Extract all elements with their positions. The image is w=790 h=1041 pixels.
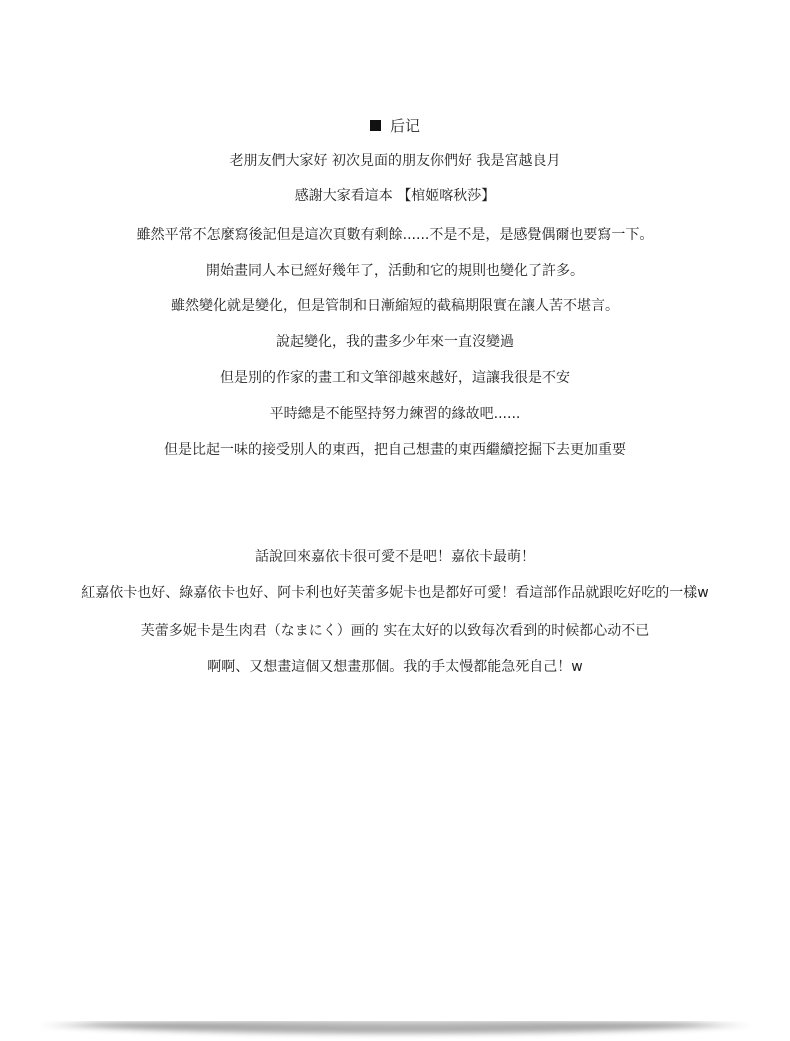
text-line: 雖然平常不怎麼寫後記但是這次頁數有剩餘......不是不是，是感覺偶爾也要寫一下… <box>0 226 790 244</box>
black-square-icon <box>370 120 381 131</box>
text-line: 說起變化，我的畫多少年來一直沒變過 <box>0 333 790 351</box>
afterword-title-text: 后记 <box>390 117 420 135</box>
page-shadow <box>24 1020 766 1034</box>
text-line: 啊啊、又想畫這個又想畫那個。我的手太慢都能急死自己！w <box>0 658 790 676</box>
text-line: 雖然變化就是變化，但是管制和日漸縮短的截稿期限實在讓人苦不堪言。 <box>0 297 790 315</box>
text-line: 平時總是不能堅持努力練習的緣故吧...... <box>0 405 790 423</box>
text-line: 紅嘉依卡也好、綠嘉依卡也好、阿卡利也好芙蕾多妮卡也是都好可愛！看這部作品就跟吃好… <box>0 584 790 602</box>
text-line: 開始畫同人本已經好幾年了，活動和它的規則也變化了許多。 <box>0 262 790 280</box>
afterword-title: 后记 <box>0 117 790 135</box>
text-line: 但是比起一味的接受別人的東西，把自己想畫的東西繼續挖掘下去更加重要 <box>0 441 790 459</box>
text-line: 感謝大家看這本 【棺姬喀秋莎】 <box>0 187 790 205</box>
text-line: 老朋友們大家好 初次見面的朋友你們好 我是宮越良月 <box>0 152 790 170</box>
text-line: 話說回來嘉依卡很可愛不是吧！嘉依卡最萌！ <box>0 548 790 566</box>
text-line: 芙蕾多妮卡是生肉君（なまにく）画的 实在太好的以致每次看到的时候都心动不已 <box>0 622 790 640</box>
text-line: 但是別的作家的畫工和文筆卻越來越好，這讓我很是不安 <box>0 369 790 387</box>
